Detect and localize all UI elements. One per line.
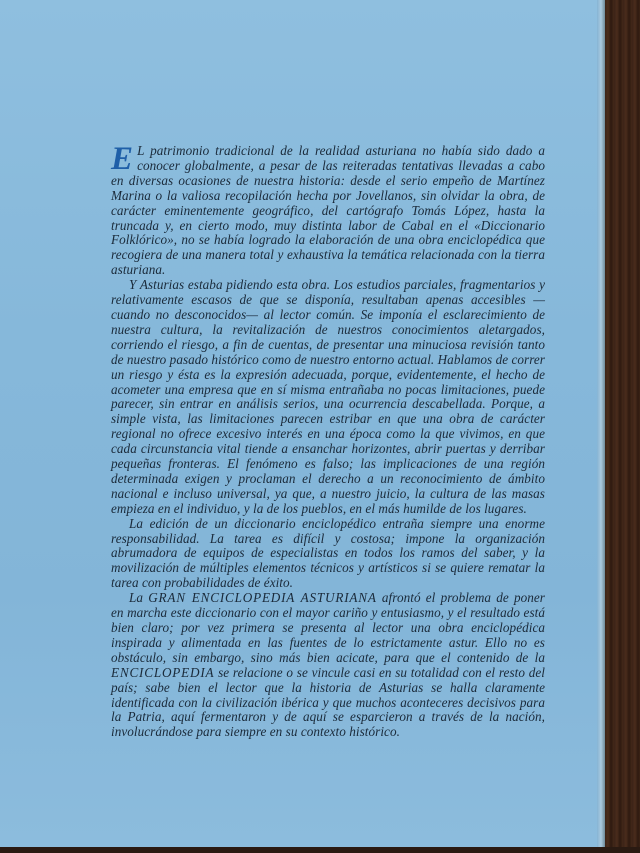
title-enciclopedia: ENCICLOPEDIA [111,665,214,680]
text-span: La [129,590,148,605]
paragraph-3: La edición de un diccionario enciclopédi… [111,517,545,592]
paragraph-1-text: L patrimonio tradicional de la realidad … [111,143,545,277]
drop-cap: E [111,146,133,172]
paragraph-4: La GRAN ENCICLOPEDIA ASTURIANA afrontó e… [111,591,545,740]
paragraph-2: Y Asturias estaba pidiendo esta obra. Lo… [111,278,545,517]
title-gran-enciclopedia: GRAN ENCICLOPEDIA ASTURIANA [148,590,376,605]
body-text: EL patrimonio tradicional de la realidad… [111,144,545,740]
page-edge [597,0,605,847]
wooden-surface [605,0,640,853]
bottom-shadow [0,847,640,853]
paragraph-1: EL patrimonio tradicional de la realidad… [111,144,545,278]
